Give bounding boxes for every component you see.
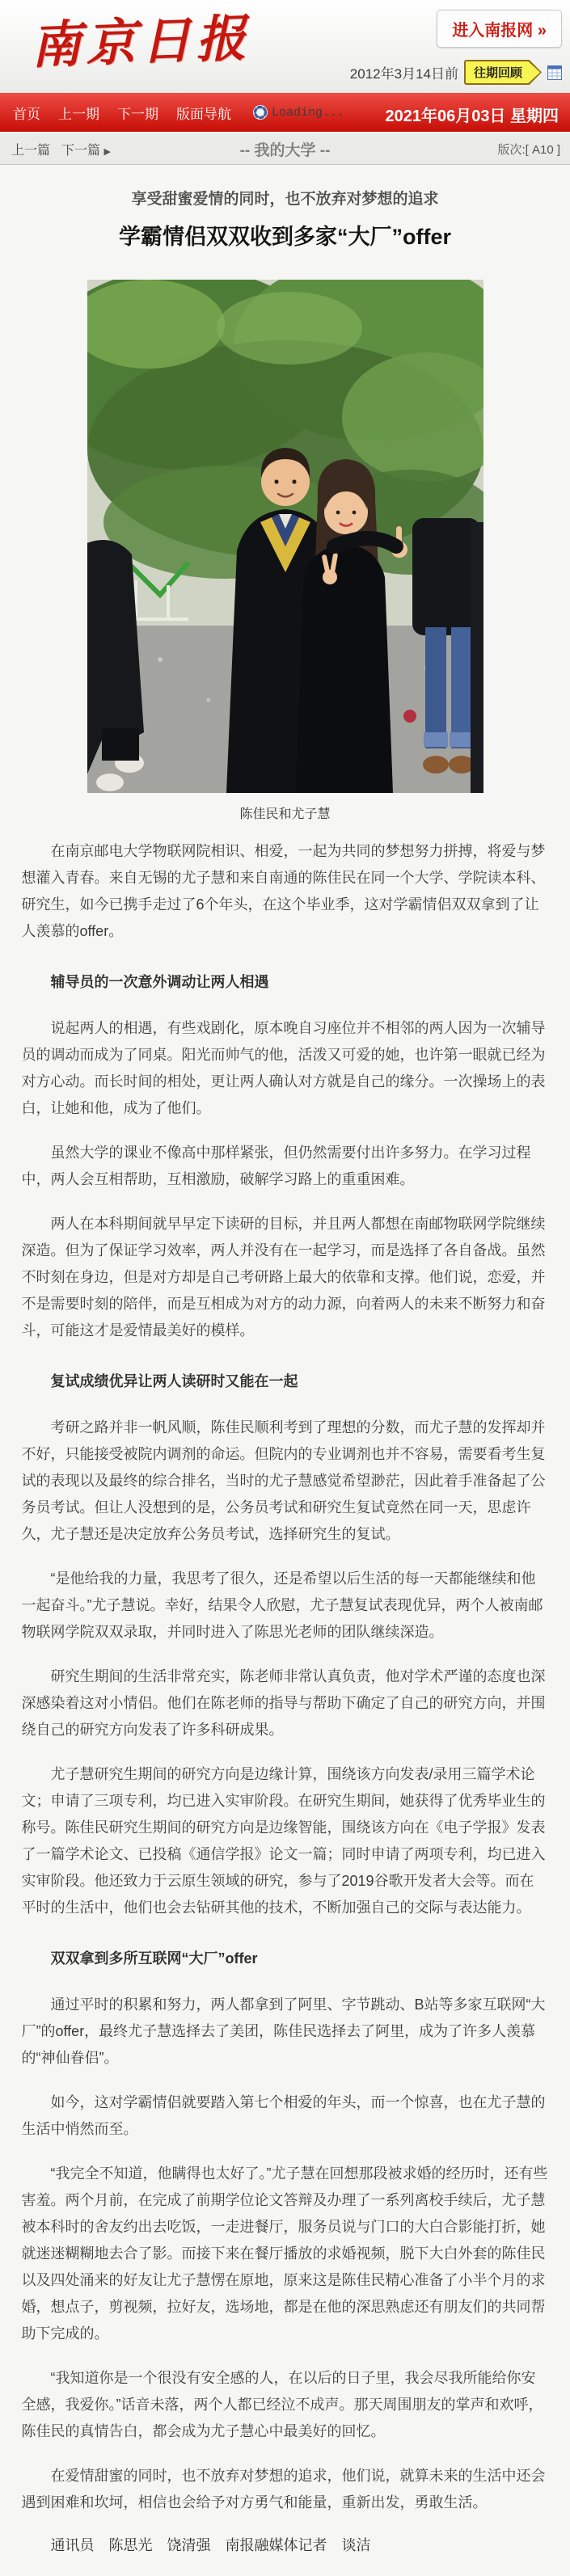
enter-site-button[interactable]: 进入南报网 » (437, 10, 562, 48)
loading-spinner-icon (252, 104, 268, 120)
nav-item-prev-issue[interactable]: 上一期 (58, 103, 99, 123)
nav-item-home[interactable]: 首页 (13, 103, 40, 123)
article-paragraph: “我知道你是一个很没有安全感的人，在以后的日子里，我会尽我所能给你安全感，我爱你… (22, 2365, 549, 2445)
article-byline: 通讯员 陈思光 饶清强 南报融媒体记者 谈洁 (22, 2534, 549, 2555)
article-title: 学霸情侣双双收到多家“大厂”offer (0, 219, 570, 251)
article-paragraph: “是他给我的力量，我思考了很久，还是希望以后生活的每一天都能继续和他一起奋斗。”… (22, 1566, 549, 1646)
nav-item-next-issue[interactable]: 下一期 (117, 103, 158, 123)
nav-item-page-navigation[interactable]: 版面导航 (176, 103, 231, 123)
article-paragraph: 在爱情甜蜜的同时，也不放弃对梦想的追求，他们说，就算未来的生活中还会遇到困难和坎… (22, 2463, 549, 2516)
article-paragraph: 尤子慧研究生期间的研究方向是边缘计算，围绕该方向发表/录用三篇学术论文；申请了三… (22, 1761, 549, 1921)
article-kicker: 享受甜蜜爱情的同时，也不放弃对梦想的追求 (0, 165, 570, 209)
next-article-label: 下一篇 (61, 144, 100, 158)
chevron-right-icon: ▶ (103, 147, 110, 157)
article-paragraph: 两人在本科期间就早早定下读研的目标，并且两人都想在南邮物联网学院继续深造。但为了… (22, 1211, 549, 1344)
graduation-photo-illustration (87, 280, 483, 793)
article-paragraph: 考研之路并非一帆风顺，陈佳民顺利考到了理想的分数，而尤子慧的发挥却并不好，只能接… (22, 1414, 549, 1548)
section-heading: 双双拿到多所互联网“大厂”offer (22, 1946, 549, 1972)
archive-button[interactable]: 往期回顾 (464, 60, 542, 85)
article-paragraph: 研究生期间的生活非常充实，陈老师非常认真负责，他对学术严谨的态度也深深感染着这对… (22, 1663, 549, 1743)
article-paragraph: 虽然大学的课业不像高中那样紧张，但仍然需要付出许多努力。在学习过程中，两人会互相… (22, 1140, 549, 1193)
article: 享受甜蜜爱情的同时，也不放弃对梦想的追求 学霸情侣双双收到多家“大厂”offer (0, 165, 570, 2576)
section-heading: 复试成绩优异让两人读研时又能在一起 (22, 1368, 549, 1395)
article-paragraph: 说起两人的相遇，有些戏剧化，原本晚自习座位并不相邻的两人因为一次辅导员的调动而成… (22, 1015, 549, 1122)
issue-date-label: 2021年06月03日 星期四 (385, 103, 559, 126)
masthead: 南京日报 进入南报网 » 2012年3月14日前 往期回顾 (0, 0, 570, 93)
loading-indicator: Loading... (252, 104, 344, 120)
article-paragraph: “我完全不知道，他瞒得也太好了。”尤子慧在回想那段被求婚的经历时，还有些害羞。两… (22, 2161, 549, 2347)
archive-row: 2012年3月14日前 往期回顾 (350, 60, 562, 85)
next-article-link[interactable]: 下一篇 ▶ (61, 140, 111, 158)
article-toolbar: 上一篇 下一篇 ▶ -- 我的大学 -- 版次:[ A10 ] (0, 132, 570, 165)
page-number-label: 版次:[ A10 ] (497, 141, 560, 158)
archive-date-label: 2012年3月14日前 (350, 62, 458, 82)
prev-article-link[interactable]: 上一篇 (11, 140, 50, 158)
article-paragraph: 如今，这对学霸情侣就要踏入第七个相爱的年头，而一个惊喜，也在尤子慧的生活中悄然而… (22, 2089, 549, 2143)
archive-button-label: 往期回顾 (466, 61, 540, 83)
newspaper-logo[interactable]: 南京日报 (30, 0, 252, 78)
article-body: 在南京邮电大学物联网院相识、相爱，一起为共同的梦想努力拼搏，将爱与梦想灌入青春。… (22, 838, 549, 2516)
article-photo (87, 280, 483, 793)
calendar-icon[interactable] (547, 65, 562, 80)
article-paragraph: 通过平时的积累和努力，两人都拿到了阿里、字节跳动、B站等多家互联网“大厂”的of… (22, 1992, 549, 2072)
section-heading: 辅导员的一次意外调动让两人相遇 (22, 969, 549, 996)
main-nav-bar: 首页 上一期 下一期 版面导航 Loading... 2021年06月03日 星… (0, 93, 570, 132)
page: 南京日报 进入南报网 » 2012年3月14日前 往期回顾 首页 上一期 下 (0, 0, 570, 2576)
photo-caption: 陈佳民和尤子慧 (0, 803, 570, 822)
article-paragraph: 在南京邮电大学物联网院相识、相爱，一起为共同的梦想努力拼搏，将爱与梦想灌入青春。… (22, 838, 549, 945)
loading-text: Loading... (272, 106, 344, 120)
